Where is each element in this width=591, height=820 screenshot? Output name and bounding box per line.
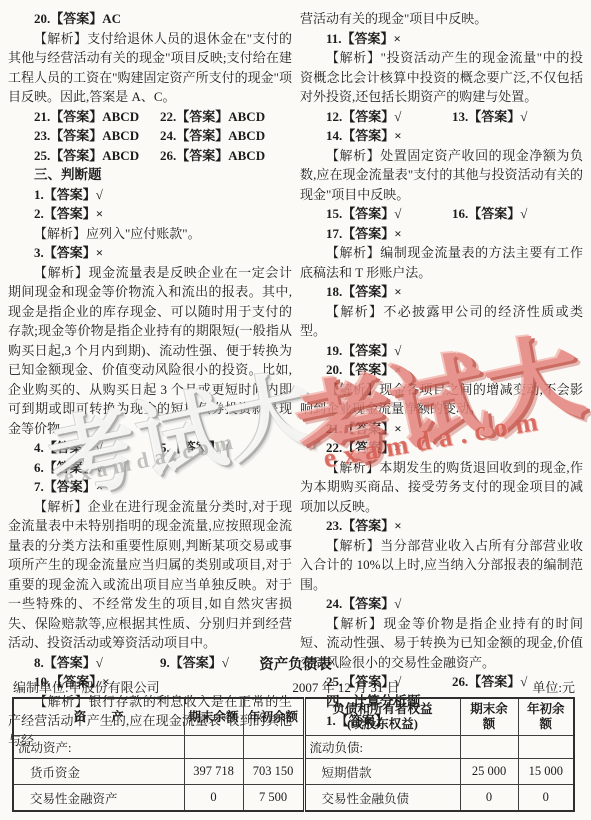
- answer-line: 2.【答案】×: [8, 204, 292, 224]
- answer-line: 20.【答案】AC: [8, 9, 292, 29]
- table-row: 流动资产:流动负债:: [13, 736, 574, 759]
- balance-sheet-table: 资 产期末余额年初余额负债和所有者权益(或股东权益)期末余额年初余额 流动资产:…: [12, 697, 575, 812]
- table-cell: 25 000: [460, 759, 518, 785]
- column-header: 资 产: [13, 698, 184, 736]
- table-row: 交易性金融资产07 500交易性金融负债00: [13, 785, 574, 812]
- answer-item: 4.【答案】√: [34, 438, 160, 458]
- analysis-paragraph: 【解析】现金各项目之间的增减变动,不会影响到企业现金流量净额的变动。: [300, 380, 583, 419]
- table-cell: [518, 736, 574, 759]
- answer-item: 5.【答案】√: [160, 440, 229, 455]
- analysis-paragraph: 【解析】企业在进行现金流量分类时,对于现金流量表中未特别指明的现金流量,应按照现…: [8, 497, 292, 653]
- table-cell: 交易性金融负债: [304, 785, 460, 812]
- answer-line: 25.【答案】ABCD26.【答案】ABCD: [8, 146, 292, 166]
- table-cell: [243, 736, 304, 759]
- answer-line: 24.【答案】√: [300, 594, 583, 614]
- answer-item: 17.【答案】×: [326, 224, 452, 244]
- balance-sheet-section: 资产负债表 编制单位:甲股份有限公司 2007 年 12 月 31 日 单位:元…: [0, 655, 591, 697]
- table-cell: 0: [460, 785, 518, 812]
- answer-item: 20.【答案】AC: [34, 9, 160, 29]
- answer-item: 22.【答案】×: [326, 438, 452, 458]
- answer-item: 26.【答案】ABCD: [160, 148, 265, 163]
- scanned-exam-answer-page: 20.【答案】AC【解析】支付给退休人员的退休金在"支付的其他与经营活动有关的现…: [0, 0, 591, 820]
- analysis-paragraph: 【解析】不必披露甲公司的经济性质或类型。: [300, 302, 583, 341]
- answer-line: 14.【答案】×: [300, 126, 583, 146]
- answer-line: 11.【答案】×: [300, 29, 583, 49]
- table-header-row: 资 产期末余额年初余额负债和所有者权益(或股东权益)期末余额年初余额: [13, 698, 574, 736]
- section-heading: 三、判断题: [8, 165, 292, 185]
- answer-line: 20.【答案】×: [300, 360, 583, 380]
- balance-sheet-meta: 编制单位:甲股份有限公司 2007 年 12 月 31 日 单位:元: [0, 675, 591, 697]
- balance-sheet-title: 资产负债表: [0, 655, 591, 675]
- answer-item: 23.【答案】ABCD: [34, 126, 160, 146]
- analysis-paragraph: 【解析】应列入"应付账款"。: [8, 224, 292, 244]
- answer-item: 7.【答案】×: [34, 477, 160, 497]
- answer-line: 22.【答案】×: [300, 438, 583, 458]
- table-cell: 短期借款: [304, 759, 460, 785]
- answer-item: 12.【答案】√: [326, 107, 452, 127]
- analysis-paragraph: 【解析】当分部营业收入占所有分部营业收入合计的 10%以上时,应当纳入分部报表的…: [300, 536, 583, 595]
- column-header: 期末余额: [460, 698, 518, 736]
- answer-item: 22.【答案】ABCD: [160, 109, 265, 124]
- analysis-paragraph: 【解析】编制现金流量表的方法主要有工作底稿法和 T 形账户法。: [300, 243, 583, 282]
- answer-line: 7.【答案】×: [8, 477, 292, 497]
- table-cell: 7 500: [243, 785, 304, 812]
- answer-line: 23.【答案】×: [300, 516, 583, 536]
- table-cell: [184, 736, 243, 759]
- answer-item: 24.【答案】ABCD: [160, 128, 265, 143]
- analysis-paragraph: 【解析】现金流量表是反映企业在一定会计期间现金和现金等价物流入和流出的报表。其中…: [8, 263, 292, 439]
- answer-item: 6.【答案】√: [34, 458, 160, 478]
- answer-item: 20.【答案】×: [326, 360, 452, 380]
- table-cell: 15 000: [518, 759, 574, 785]
- answer-item: 16.【答案】√: [452, 206, 527, 221]
- answer-line: 17.【答案】×: [300, 224, 583, 244]
- answer-item: 23.【答案】×: [326, 516, 452, 536]
- answer-item: 21.【答案】×: [326, 419, 452, 439]
- answer-item: 15.【答案】√: [326, 204, 452, 224]
- answer-line: 21.【答案】×: [300, 419, 583, 439]
- column-header: 年初余额: [518, 698, 574, 736]
- left-text-column: 20.【答案】AC【解析】支付给退休人员的退休金在"支付的其他与经营活动有关的现…: [8, 9, 292, 750]
- analysis-paragraph: 【解析】"投资活动产生的现金流量"中的投资概念比会计核算中投资的概念要广泛,不仅…: [300, 48, 583, 107]
- answer-line: 1.【答案】√: [8, 185, 292, 205]
- report-date: 2007 年 12 月 31 日: [292, 678, 399, 697]
- column-header: 期末余额: [184, 698, 243, 736]
- answer-line: 6.【答案】√: [8, 458, 292, 478]
- answer-item: 14.【答案】×: [326, 126, 452, 146]
- column-header: 年初余额: [243, 698, 304, 736]
- unit-label: 单位:元: [532, 678, 575, 697]
- continuation-line: 营活动有关的现金"项目中反映。: [300, 9, 583, 29]
- table-cell: 397 718: [184, 759, 243, 785]
- answer-item: 2.【答案】×: [34, 204, 160, 224]
- answer-line: 3.【答案】×: [8, 243, 292, 263]
- table-cell: 0: [184, 785, 243, 812]
- answer-item: 21.【答案】ABCD: [34, 107, 160, 127]
- table-cell: 货币资金: [13, 759, 184, 785]
- table-row: 货币资金397 718703 150短期借款25 00015 000: [13, 759, 574, 785]
- answer-item: 25.【答案】ABCD: [34, 146, 160, 166]
- analysis-paragraph: 【解析】支付给退休人员的退休金在"支付的其他与经营活动有关的现金"项目反映;支付…: [8, 29, 292, 107]
- prepared-by-label: 编制单位:甲股份有限公司: [13, 678, 160, 697]
- answer-item: 19.【答案】√: [326, 341, 452, 361]
- answer-item: 18.【答案】×: [326, 282, 452, 302]
- answer-item: 3.【答案】×: [34, 243, 160, 263]
- table-cell: 流动资产:: [13, 736, 184, 759]
- table-cell: 流动负债:: [304, 736, 460, 759]
- right-text-column: 营活动有关的现金"项目中反映。11.【答案】×【解析】"投资活动产生的现金流量"…: [300, 9, 583, 731]
- answer-item: 13.【答案】√: [452, 109, 527, 124]
- analysis-paragraph: 【解析】本期发生的购货退回收到的现金,作为本期购买商品、接受劳务支付的现金项目的…: [300, 458, 583, 517]
- answer-item: 11.【答案】×: [326, 29, 452, 49]
- answer-item: 1.【答案】√: [34, 185, 160, 205]
- answer-line: 12.【答案】√13.【答案】√: [300, 107, 583, 127]
- table-cell: 交易性金融资产: [13, 785, 184, 812]
- table-cell: [460, 736, 518, 759]
- column-header: 负债和所有者权益(或股东权益): [304, 698, 460, 736]
- answer-line: 21.【答案】ABCD22.【答案】ABCD: [8, 107, 292, 127]
- answer-line: 23.【答案】ABCD24.【答案】ABCD: [8, 126, 292, 146]
- answer-line: 19.【答案】√: [300, 341, 583, 361]
- table-cell: 703 150: [243, 759, 304, 785]
- analysis-paragraph: 【解析】处置固定资产收回的现金净额为负数,应在现金流量表"支付的其他与投资活动有…: [300, 146, 583, 205]
- answer-line: 15.【答案】√16.【答案】√: [300, 204, 583, 224]
- answer-line: 18.【答案】×: [300, 282, 583, 302]
- answer-line: 4.【答案】√5.【答案】√: [8, 438, 292, 458]
- table-cell: 0: [518, 785, 574, 812]
- answer-item: 24.【答案】√: [326, 594, 452, 614]
